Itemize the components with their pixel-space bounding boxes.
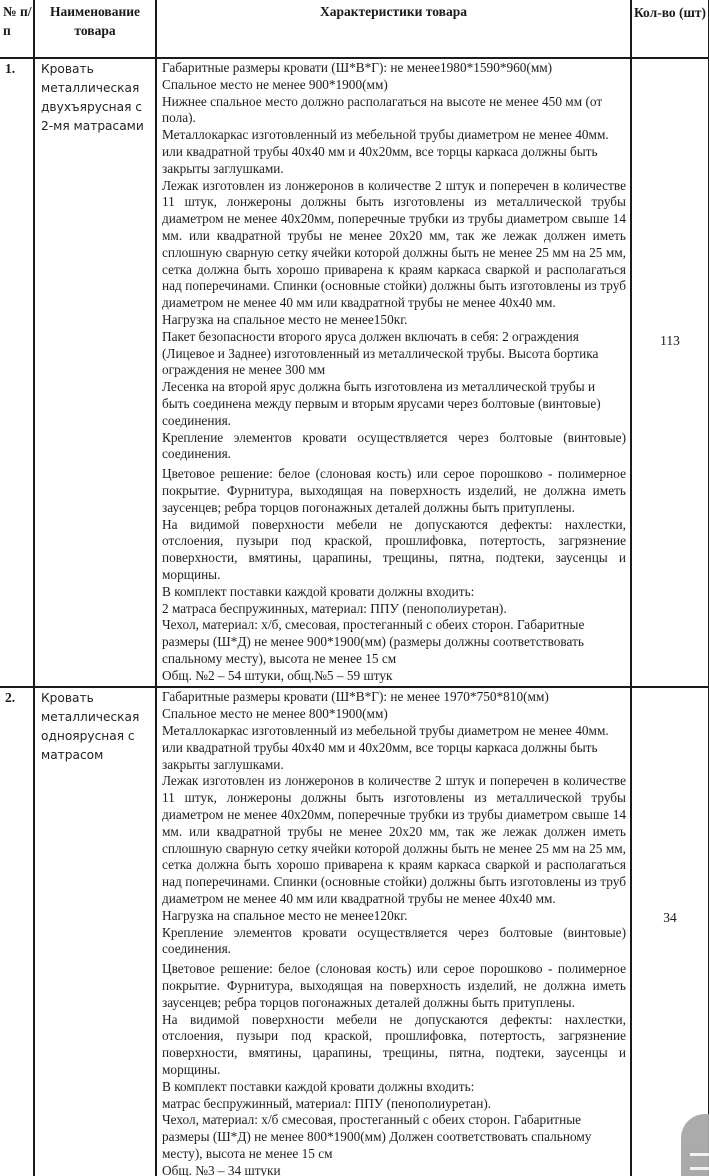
product-name: Кровать металлическая одноярусная с матр… xyxy=(34,687,156,1176)
spec-line: Чехол, материал: х/б смесовая, простеган… xyxy=(162,1112,626,1162)
spec-line: Общ. №3 – 34 штуки xyxy=(162,1163,626,1176)
spec-line: На видимой поверхности мебели не допуска… xyxy=(162,1012,626,1079)
spec-line: Лесенка на второй ярус должна быть изгот… xyxy=(162,379,626,429)
row-number: 2. xyxy=(0,687,34,1176)
spec-line: матрас беспружинный, материал: ППУ (пено… xyxy=(162,1096,626,1113)
spec-line: Общ. №2 – 54 штуки, общ.№5 – 59 штук xyxy=(162,668,626,685)
header-spec: Характеристики товара xyxy=(156,0,631,58)
table-row: 1. Кровать металлическая двухъярусная с … xyxy=(0,58,709,687)
spec-line: Нагрузка на спальное место не менее150кг… xyxy=(162,312,626,329)
product-name: Кровать металлическая двухъярусная с 2-м… xyxy=(34,58,156,687)
spec-line: Спальное место не менее 900*1900(мм) xyxy=(162,77,626,94)
table-row: 2. Кровать металлическая одноярусная с м… xyxy=(0,687,709,1176)
product-spec: Габаритные размеры кровати (Ш*В*Г): не м… xyxy=(156,687,631,1176)
spec-line: Крепление элементов кровати осуществляет… xyxy=(162,430,626,464)
spec-line: Чехол, материал: х/б, смесовая, простега… xyxy=(162,617,626,667)
spec-line: Цветовое решение: белое (слоновая кость)… xyxy=(162,466,626,516)
specification-table: № п/п Наименование товара Характеристики… xyxy=(0,0,709,1176)
table-header-row: № п/п Наименование товара Характеристики… xyxy=(0,0,709,58)
spec-line: Габаритные размеры кровати (Ш*В*Г): не м… xyxy=(162,60,626,77)
spec-line: В комплект поставки каждой кровати должн… xyxy=(162,1079,626,1096)
spec-line: На видимой поверхности мебели не допуска… xyxy=(162,517,626,584)
spec-line: Спальное место не менее 800*1900(мм) xyxy=(162,706,626,723)
spec-line: Нижнее спальное место должно располагать… xyxy=(162,94,626,128)
row-number: 1. xyxy=(0,58,34,687)
spec-line: Лежак изготовлен из лонжеронов в количес… xyxy=(162,773,626,907)
spec-line: Крепление элементов кровати осуществляет… xyxy=(162,925,626,959)
spec-line: В комплект поставки каждой кровати должн… xyxy=(162,584,626,601)
spec-line: Габаритные размеры кровати (Ш*В*Г): не м… xyxy=(162,689,626,706)
spec-line: Цветовое решение: белое (слоновая кость)… xyxy=(162,961,626,1011)
spec-line: Нагрузка на спальное место не менее120кг… xyxy=(162,908,626,925)
product-quantity: 113 xyxy=(631,58,709,687)
product-quantity: 34 xyxy=(631,687,709,1176)
spec-line: Металлокаркас изготовленный из мебельной… xyxy=(162,723,626,773)
side-panel-handle[interactable] xyxy=(681,1114,709,1176)
product-spec: Габаритные размеры кровати (Ш*В*Г): не м… xyxy=(156,58,631,687)
header-quantity: Кол-во (шт) xyxy=(631,0,709,58)
spec-line: Пакет безопасности второго яруса должен … xyxy=(162,329,626,379)
spec-line: Металлокаркас изготовленный из мебельной… xyxy=(162,127,626,177)
header-number: № п/п xyxy=(0,0,34,58)
header-name: Наименование товара xyxy=(34,0,156,58)
spec-line: Лежак изготовлен из лонжеронов в количес… xyxy=(162,178,626,312)
spec-line: 2 матраса беспружинных, материал: ППУ (п… xyxy=(162,601,626,618)
